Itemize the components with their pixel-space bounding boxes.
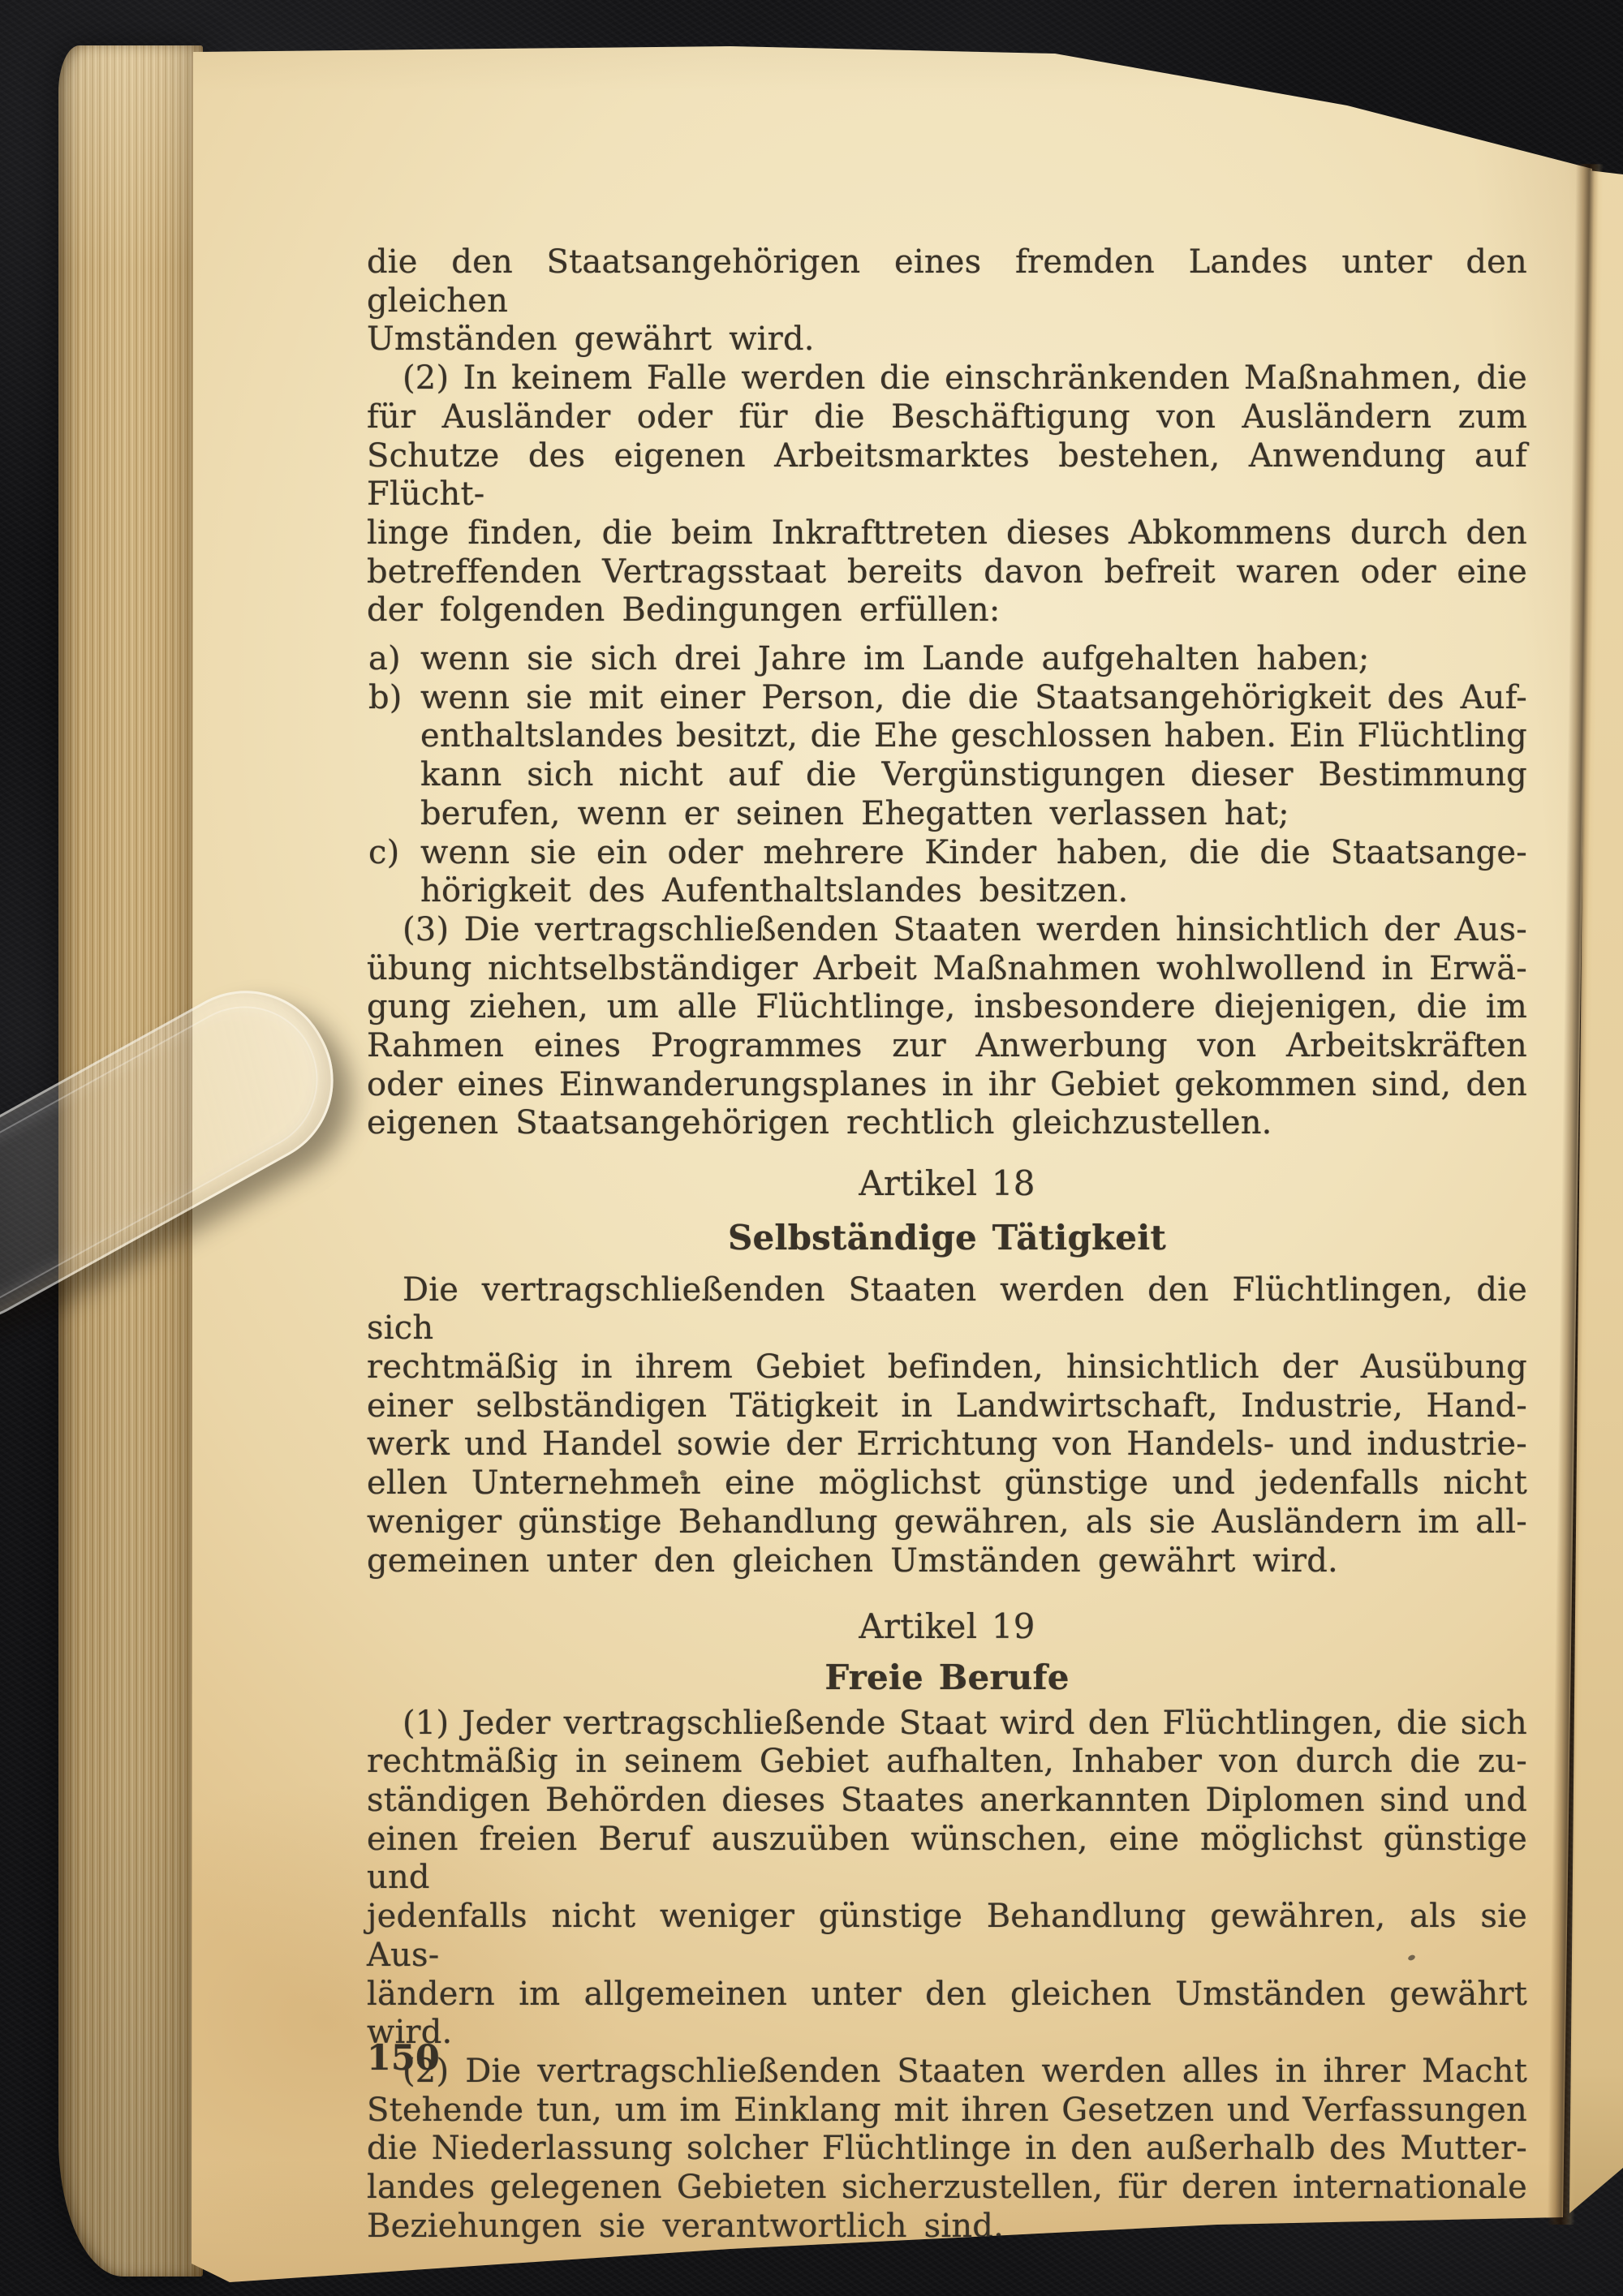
line-text: wenn sie mit einer Person, die die Staat… (420, 679, 1527, 716)
line-text: die Niederlassung solcher Flüchtlinge in… (367, 2130, 1527, 2167)
line-text: Rahmen eines Programmes zur Anwerbung vo… (367, 1027, 1527, 1064)
list-marker: b) (368, 679, 403, 718)
text-line: (1) Jeder vertragschließende Staat wird … (367, 1705, 1527, 1743)
text-line: oder eines Einwanderungsplanes in ihr Ge… (367, 1066, 1527, 1105)
heading-line: Artikel 19 (367, 1607, 1527, 1646)
text-line: einer selbständigen Tätigkeit in Landwir… (367, 1387, 1527, 1426)
text-line: jedenfalls nicht weniger günstige Behand… (367, 1898, 1527, 1975)
line-text: hörigkeit des Aufenthaltslandes besitzen… (420, 872, 1128, 909)
text-line: rechtmäßig in seinem Gebiet aufhalten, I… (367, 1743, 1527, 1782)
text-line: übung nichtselbständiger Arbeit Maßnahme… (367, 950, 1527, 989)
line-text: für Ausländer oder für die Beschäftigung… (367, 398, 1527, 436)
heading-line: Selbständige Tätigkeit (367, 1219, 1527, 1258)
line-text: betreffenden Vertragsstaat bereits davon… (367, 553, 1527, 591)
text-line: werk und Handel sowie der Errichtung von… (367, 1425, 1527, 1464)
line-text: gemeinen unter den gleichen Umständen ge… (367, 1542, 1338, 1580)
line-text: Artikel 19 (859, 1606, 1035, 1646)
text-line: rechtmäßig in ihrem Gebiet befinden, hin… (367, 1348, 1527, 1387)
heading-line: Freie Berufe (367, 1658, 1527, 1697)
text-line: Schutze des eigenen Arbeitsmarktes beste… (367, 437, 1527, 514)
line-text: Die vertragschließenden Staaten werden d… (367, 1271, 1527, 1348)
line-text: kann sich nicht auf die Vergünstigungen … (420, 756, 1527, 793)
line-text: landes gelegenen Gebieten sicherzustelle… (367, 2169, 1527, 2206)
heading-line: Artikel 18 (367, 1164, 1527, 1203)
book-photograph: die den Staatsangehörigen eines fremden … (0, 0, 1623, 2296)
line-text: ellen Unternehmen eine möglichst günstig… (367, 1464, 1527, 1502)
line-text: (3) Die vertragschließenden Staaten werd… (403, 911, 1527, 948)
text-line: Stehende tun, um im Einklang mit ihren G… (367, 2092, 1527, 2130)
text-line: ständigen Behörden dieses Staates anerka… (367, 1782, 1527, 1821)
text-line: einen freien Beruf auszuüben wünschen, e… (367, 1821, 1527, 1898)
text-line: der folgenden Bedingungen erfüllen: (367, 591, 1527, 630)
text-line: Umständen gewährt wird. (367, 320, 1527, 359)
text-line: (2) Die vertragschließenden Staaten werd… (367, 2053, 1527, 2092)
line-text: Stehende tun, um im Einklang mit ihren G… (367, 2092, 1527, 2129)
text-line: berufen, wenn er seinen Ehegatten verlas… (367, 795, 1527, 834)
line-text: wenn sie sich drei Jahre im Lande aufgeh… (420, 640, 1370, 677)
line-text: eigenen Staatsangehörigen rechtlich glei… (367, 1104, 1272, 1142)
page-number: 150 (367, 2038, 440, 2079)
line-text: (2) Die vertragschließenden Staaten werd… (403, 2053, 1527, 2090)
text-line: Beziehungen sie verantwortlich sind. (367, 2208, 1527, 2247)
text-line: gemeinen unter den gleichen Umständen ge… (367, 1542, 1527, 1581)
text-line: eigenen Staatsangehörigen rechtlich glei… (367, 1104, 1527, 1143)
text-line: landes gelegenen Gebieten sicherzustelle… (367, 2169, 1527, 2208)
line-text: ständigen Behörden dieses Staates anerka… (367, 1782, 1527, 1819)
line-text: Selbständige Tätigkeit (728, 1218, 1166, 1258)
text-line: linge finden, die beim Inkrafttreten die… (367, 514, 1527, 553)
line-text: übung nichtselbständiger Arbeit Maßnahme… (367, 950, 1527, 987)
text-line: Die vertragschließenden Staaten werden d… (367, 1271, 1527, 1348)
text-line: (3) Die vertragschließenden Staaten werd… (367, 911, 1527, 950)
line-text: enthaltslandes besitzt, die Ehe geschlos… (420, 717, 1527, 755)
line-text: rechtmäßig in seinem Gebiet aufhalten, I… (367, 1743, 1527, 1780)
line-text: wenn sie ein oder mehrere Kinder haben, … (420, 834, 1527, 871)
line-text: jedenfalls nicht weniger günstige Behand… (367, 1898, 1527, 1974)
text-line: Rahmen eines Programmes zur Anwerbung vo… (367, 1027, 1527, 1066)
line-text: Artikel 18 (859, 1163, 1035, 1203)
line-text: einen freien Beruf auszuüben wünschen, e… (367, 1821, 1527, 1897)
text-line: betreffenden Vertragsstaat bereits davon… (367, 553, 1527, 592)
text-line: gung ziehen, um alle Flüchtlinge, insbes… (367, 988, 1527, 1027)
line-text: Beziehungen sie verantwortlich sind. (367, 2208, 1004, 2245)
text-line: (2) In keinem Falle werden die einschrän… (367, 359, 1527, 398)
line-text: linge finden, die beim Inkrafttreten die… (367, 514, 1527, 552)
text-line: enthaltslandes besitzt, die Ehe geschlos… (367, 717, 1527, 756)
line-text: der folgenden Bedingungen erfüllen: (367, 591, 1001, 629)
line-text: ländern im allgemeinen unter den gleiche… (367, 1976, 1527, 2052)
line-text: rechtmäßig in ihrem Gebiet befinden, hin… (367, 1348, 1527, 1386)
text-line: für Ausländer oder für die Beschäftigung… (367, 398, 1527, 437)
line-text: die den Staatsangehörigen eines fremden … (367, 243, 1527, 320)
dust-speck (680, 1470, 687, 1476)
text-line: ellen Unternehmen eine möglichst günstig… (367, 1464, 1527, 1503)
line-text: gung ziehen, um alle Flüchtlinge, insbes… (367, 988, 1527, 1025)
line-text: weniger günstige Behandlung gewähren, al… (367, 1503, 1527, 1541)
text-line: die den Staatsangehörigen eines fremden … (367, 243, 1527, 320)
page-text: die den Staatsangehörigen eines fremden … (367, 243, 1527, 2246)
line-text: (1) Jeder vertragschließende Staat wird … (403, 1705, 1527, 1742)
text-line: ländern im allgemeinen unter den gleiche… (367, 1976, 1527, 2053)
line-text: werk und Handel sowie der Errichtung von… (367, 1425, 1527, 1463)
text-line: a)wenn sie sich drei Jahre im Lande aufg… (367, 640, 1527, 679)
line-text: Freie Berufe (824, 1658, 1069, 1697)
line-text: Schutze des eigenen Arbeitsmarktes beste… (367, 437, 1527, 514)
line-text: Umständen gewährt wird. (367, 320, 815, 358)
line-text: einer selbständigen Tätigkeit in Landwir… (367, 1387, 1527, 1425)
text-line: die Niederlassung solcher Flüchtlinge in… (367, 2130, 1527, 2169)
list-marker: c) (368, 834, 399, 873)
line-text: (2) In keinem Falle werden die einschrän… (403, 359, 1527, 397)
text-line: hörigkeit des Aufenthaltslandes besitzen… (367, 872, 1527, 911)
line-text: berufen, wenn er seinen Ehegatten verlas… (420, 795, 1289, 832)
text-line: kann sich nicht auf die Vergünstigungen … (367, 756, 1527, 795)
text-line: weniger günstige Behandlung gewähren, al… (367, 1503, 1527, 1542)
text-line: c)wenn sie ein oder mehrere Kinder haben… (367, 834, 1527, 873)
line-text: oder eines Einwanderungsplanes in ihr Ge… (367, 1066, 1527, 1103)
list-marker: a) (368, 640, 401, 679)
text-line: b)wenn sie mit einer Person, die die Sta… (367, 679, 1527, 718)
